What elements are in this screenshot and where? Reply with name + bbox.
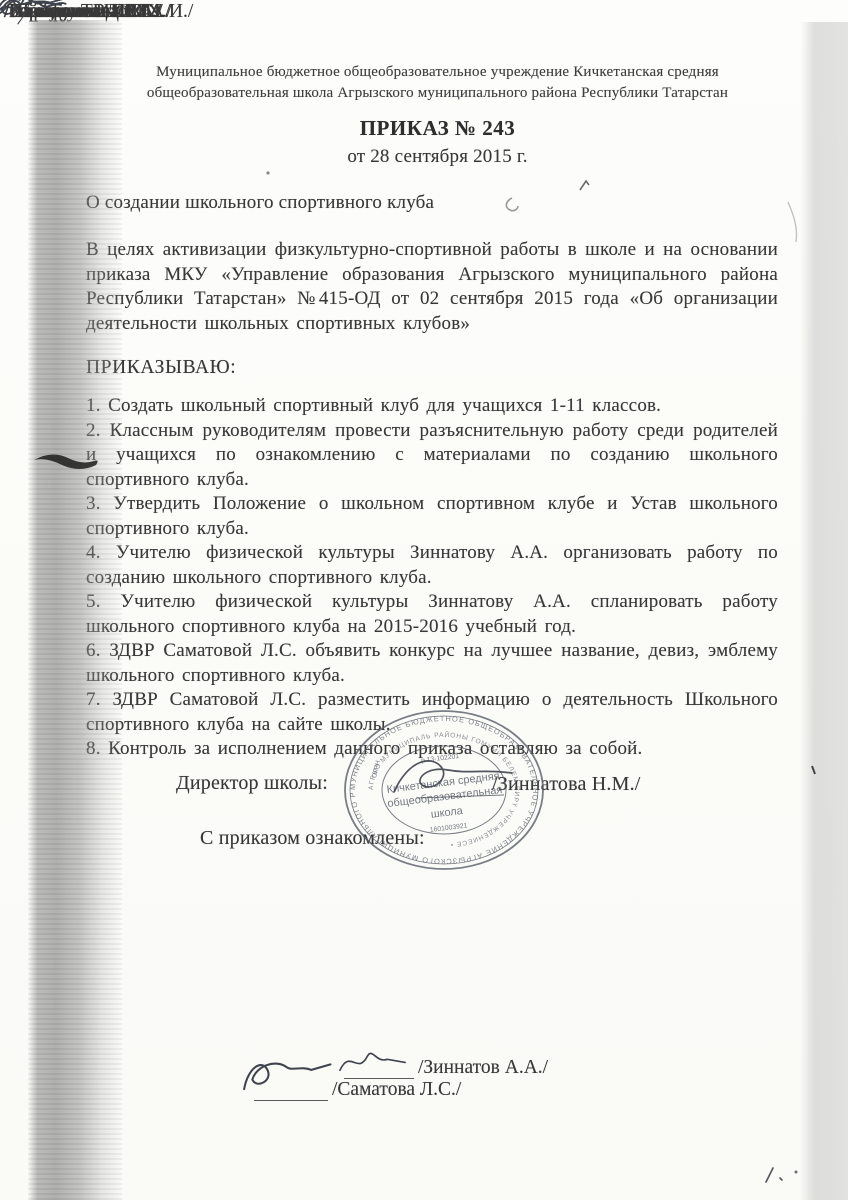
order-item: 6. ЗДВР Саматовой Л.С. объявить конкурс … <box>86 639 778 688</box>
organization-name-line2: общеобразовательная школа Агрызского мун… <box>50 83 825 104</box>
page-corner-mark <box>766 1168 773 1182</box>
scanned-order-page: Муниципальное бюджетное общеобразователь… <box>0 0 848 1200</box>
order-subject: О создании школьного спортивного клуба <box>86 192 434 214</box>
order-preamble: В целях активизации физкультурно-спортив… <box>86 238 778 336</box>
director-signature <box>386 748 526 812</box>
signatory-name: /Саматова Л.С./ <box>332 1079 461 1101</box>
pen-dot <box>795 1171 798 1174</box>
director-label: Директор школы: <box>176 772 328 795</box>
order-item: 1. Создать школьный спортивный клуб для … <box>86 394 778 419</box>
signature-squiggle <box>0 0 70 28</box>
order-item: 4. Учителю физической культуры Зиннатову… <box>86 541 778 590</box>
pencil-mark <box>788 202 797 242</box>
pen-mark <box>506 198 518 211</box>
organization-header: Муниципальное бюджетное общеобразователь… <box>50 62 825 104</box>
signature-line <box>254 1078 328 1101</box>
pen-mark <box>812 766 815 774</box>
organization-name-line1: Муниципальное бюджетное общеобразователь… <box>50 62 825 83</box>
signatory-row: /Шаймухаметова А.И./ <box>0 0 193 23</box>
order-title: ПРИКАЗ № 243 <box>40 116 835 141</box>
signatory-row: /Саматова Л.С./ <box>254 1078 461 1101</box>
pen-mark <box>580 181 589 190</box>
decree-word: ПРИКАЗЫВАЮ: <box>86 357 236 379</box>
pen-dot <box>266 171 269 174</box>
signature-line <box>344 1056 414 1079</box>
order-item: 2. Классным руководителям провести разъя… <box>86 419 778 493</box>
order-date: от 28 сентября 2015 г. <box>40 146 835 168</box>
signatory-name: /Зиннатов А.А./ <box>418 1057 548 1079</box>
order-item: 5. Учителю физической культуры Зиннатову… <box>86 590 778 639</box>
signatory-row: /Зиннатов А.А./ <box>344 1056 548 1079</box>
scan-shadow-band-right <box>800 22 848 1200</box>
page-corner-mark <box>780 1178 782 1180</box>
order-item: 3. Утвердить Положение о школьном спорти… <box>86 492 778 541</box>
signature-squiggle <box>240 1042 336 1106</box>
